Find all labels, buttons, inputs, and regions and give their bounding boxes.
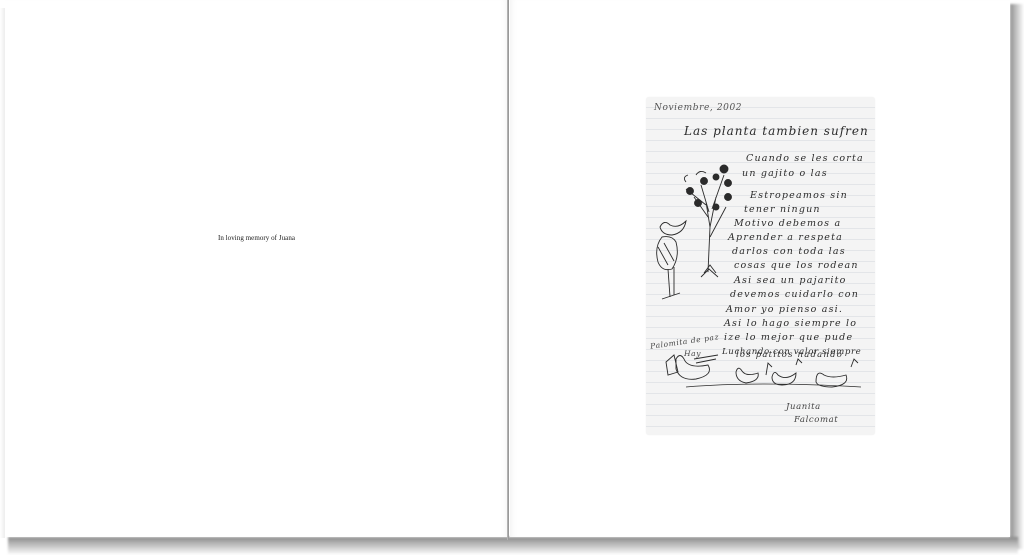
flower-tree-icon: [684, 165, 731, 277]
handwritten-letter: Noviembre, 2002 Las planta tambien sufre…: [646, 97, 875, 435]
bird-sketch-icon: [657, 221, 686, 299]
letter-line: darlos con toda las: [732, 246, 846, 257]
sketch-caption-2: Hay: [684, 349, 701, 358]
letter-line: Asi sea un pajarito: [734, 275, 847, 286]
letter-line: Aprender a respeta: [728, 232, 843, 243]
letter-line: devemos cuidarlo con: [730, 289, 859, 300]
book-gutter: [507, 0, 509, 540]
signature-first: Juanita: [786, 402, 821, 412]
letter-line: Estropeamos sin: [750, 190, 848, 201]
letter-line: Motivo debemos a: [734, 218, 841, 229]
left-page: In loving memory of Juana: [5, 0, 508, 537]
book-spread: In loving memory of Juana: [0, 0, 1024, 555]
letter-line: un gajito o las: [742, 168, 828, 179]
letter-title: Las planta tambien sufren: [684, 124, 869, 138]
dedication-text: In loving memory of Juana: [5, 234, 508, 242]
letter-line: ize lo mejor que pude: [724, 332, 853, 343]
page-shadow-bottom: [8, 537, 1018, 555]
ducks-caption: los patitos nadando: [736, 350, 843, 360]
signature-last: Falcomat: [794, 415, 838, 425]
letter-line: Cuando se les corta: [746, 153, 864, 164]
right-page: Noviembre, 2002 Las planta tambien sufre…: [510, 0, 1010, 537]
page-shadow-right: [1010, 4, 1024, 549]
letter-line: Asi lo hago siempre lo: [724, 318, 857, 329]
letter-line: Amor yo pienso asi.: [726, 304, 843, 315]
letter-line: cosas que los rodean: [734, 260, 859, 271]
letter-date: Noviembre, 2002: [654, 103, 742, 113]
letter-line: tener ningun: [744, 204, 821, 215]
